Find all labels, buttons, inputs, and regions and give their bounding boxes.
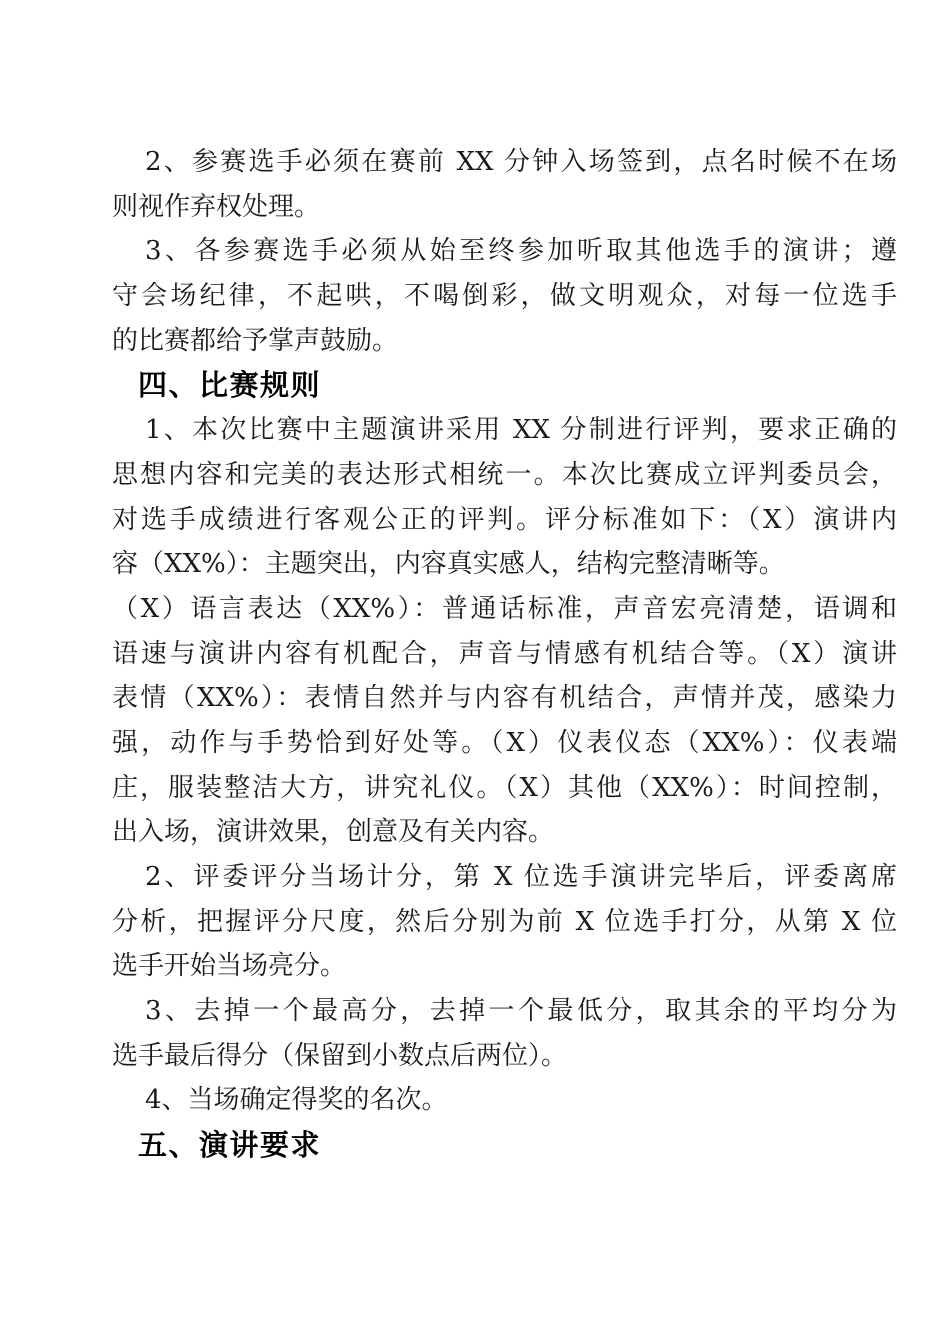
paragraph-line: 的比赛都给予掌声鼓励。 xyxy=(112,319,897,364)
paragraph-line: （X）语言表达（XX%）：普通话标准，声音宏亮清楚，语调和 xyxy=(112,587,897,632)
paragraph-line: 选手最后得分（保留到小数点后两位）。 xyxy=(112,1034,897,1079)
paragraph-line: 语速与演讲内容有机配合，声音与情感有机结合等。（X）演讲 xyxy=(112,632,897,677)
section-heading-competition-rules: 四、比赛规则 xyxy=(112,363,897,408)
paragraph-line: 表情（XX%）：表情自然并与内容有机结合，声情并茂，感染力 xyxy=(112,676,897,721)
paragraph-line: 庄，服装整洁大方，讲究礼仪。（X）其他（XX%）：时间控制， xyxy=(112,766,897,811)
paragraph-line: 出入场，演讲效果，创意及有关内容。 xyxy=(112,810,897,855)
paragraph-line: 分析，把握评分尺度，然后分别为前 X 位选手打分，从第 X 位 xyxy=(112,900,897,945)
page-content: 2、参赛选手必须在赛前 XX 分钟入场签到，点名时候不在场 则视作弃权处理。 3… xyxy=(0,0,950,1168)
paragraph-line: 容（XX%）：主题突出，内容真实感人，结构完整清晰等。 xyxy=(112,542,897,587)
paragraph-line: 守会场纪律，不起哄，不喝倒彩，做文明观众，对每一位选手 xyxy=(112,274,897,319)
paragraph-line: 强，动作与手势恰到好处等。（X）仪表仪态（XX%）：仪表端 xyxy=(112,721,897,766)
paragraph-line: 思想内容和完美的表达形式相统一。本次比赛成立评判委员会， xyxy=(112,453,897,498)
paragraph-line: 2、评委评分当场计分，第 X 位选手演讲完毕后，评委离席 xyxy=(112,855,897,900)
section-heading-speech-requirements: 五、演讲要求 xyxy=(112,1123,897,1168)
paragraph-line: 2、参赛选手必须在赛前 XX 分钟入场签到，点名时候不在场 xyxy=(112,140,897,185)
paragraph-line: 1、本次比赛中主题演讲采用 XX 分制进行评判，要求正确的 xyxy=(112,408,897,453)
paragraph-line: 则视作弃权处理。 xyxy=(112,185,897,230)
paragraph-line: 对选手成绩进行客观公正的评判。评分标准如下：（X）演讲内 xyxy=(112,498,897,543)
document-page: 2、参赛选手必须在赛前 XX 分钟入场签到，点名时候不在场 则视作弃权处理。 3… xyxy=(0,0,950,1344)
paragraph-line: 3、去掉一个最高分，去掉一个最低分，取其余的平均分为 xyxy=(112,989,897,1034)
paragraph-line: 4、当场确定得奖的名次。 xyxy=(112,1078,897,1123)
paragraph-line: 3、各参赛选手必须从始至终参加听取其他选手的演讲；遵 xyxy=(112,229,897,274)
paragraph-line: 选手开始当场亮分。 xyxy=(112,944,897,989)
